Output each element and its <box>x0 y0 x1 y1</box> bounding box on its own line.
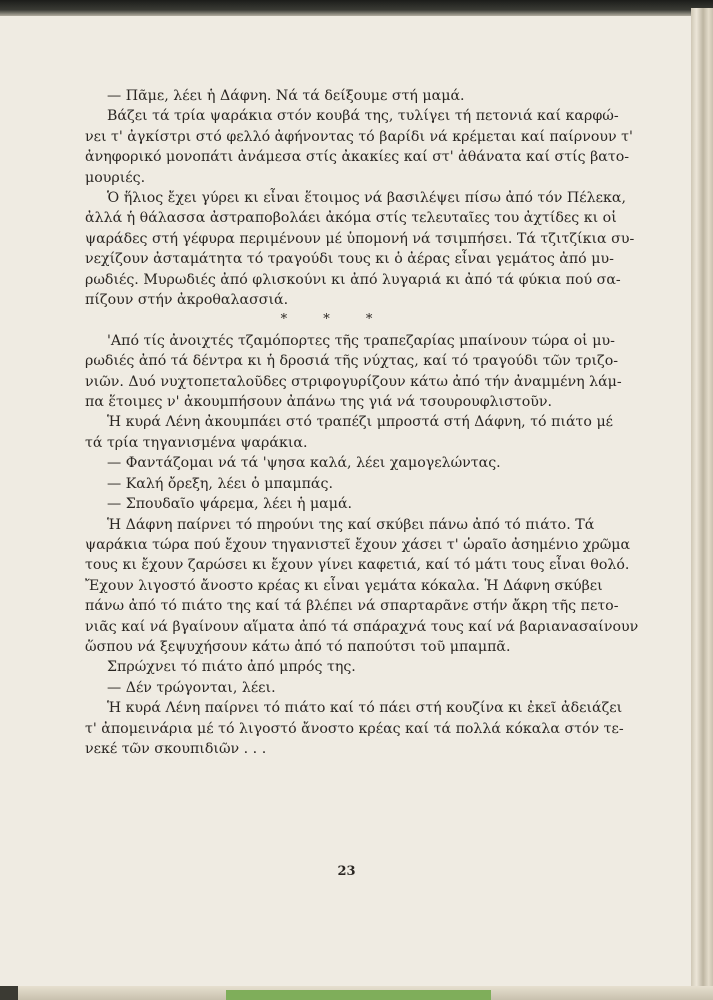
section-separator: * * * <box>85 310 568 330</box>
text-line: ρωδιές ἀπό τά δέντρα κι ἡ δροσιά τῆς νύχ… <box>85 351 568 371</box>
body-text: — Πᾶμε, λέει ἡ Δάφνη. Νά τά δείξουμε στή… <box>85 86 568 759</box>
text-line: ὥσπου νά ξεψυχήσουν κάτω ἀπό τό παπούτσι… <box>85 637 568 657</box>
text-line: ἀλλά ἡ θάλασσα ἀστραποβολάει ἀκόμα στίς … <box>85 208 568 228</box>
text-line: ψαράδες στή γέφυρα περιμένουν μέ ὑπομονή… <box>85 229 568 249</box>
page-number: 23 <box>0 864 693 879</box>
text-line: Ἔχουν λιγοστό ἄνοστο κρέας κι εἶναι γεμά… <box>85 576 568 596</box>
text-line: — Πᾶμε, λέει ἡ Δάφνη. Νά τά δείξουμε στή… <box>85 86 568 106</box>
text-line: τ' ἀπομεινάρια μέ τό λιγοστό ἄνοστο κρέα… <box>85 719 568 739</box>
text-line: νιᾶς καί νά βγαίνουν αἵματα ἀπό τά σπάρα… <box>85 617 568 637</box>
scan-bottom-green-strip <box>226 990 491 1000</box>
text-line: Ἡ κυρά Λένη ἀκουμπάει στό τραπέζι μπροστ… <box>85 412 568 432</box>
text-line: 'Από τίς ἀνοιχτές τζαμόπορτες τῆς τραπεζ… <box>85 331 568 351</box>
text-line: πάνω ἀπό τό πιάτο της καί τά βλέπει νά σ… <box>85 596 568 616</box>
text-line: Σπρώχνει τό πιάτο ἀπό μπρός της. <box>85 657 568 677</box>
text-line: — Σπουδαῖο ψάρεμα, λέει ἡ μαμά. <box>85 494 568 514</box>
book-page: — Πᾶμε, λέει ἡ Δάφνη. Νά τά δείξουμε στή… <box>0 16 693 988</box>
text-line: νεκέ τῶν σκουπιδιῶν . . . <box>85 739 568 759</box>
text-line: νιῶν. Δυό νυχτοπεταλοῦδες στριφογυρίζουν… <box>85 372 568 392</box>
text-line: πίζουν στήν ἀκροθαλασσιά. <box>85 290 568 310</box>
text-line: ρωδιές. Μυρωδιές ἀπό φλισκούνι κι ἀπό λυ… <box>85 270 568 290</box>
text-line: ψαράκια τώρα πού ἔχουν τηγανιστεῖ ἔχουν … <box>85 535 568 555</box>
text-line: Ἡ κυρά Λένη παίρνει τό πιάτο καί τό πάει… <box>85 698 568 718</box>
scan-bottom-corner <box>0 986 18 1000</box>
text-line: ἀνηφορικό μονοπάτι ἀνάμεσα στίς ἀκακίες … <box>85 147 568 167</box>
text-line: — Φαντάζομαι νά τά 'ψησα καλά, λέει χαμο… <box>85 453 568 473</box>
book-binding-edge <box>691 8 713 1000</box>
text-line: νεχίζουν ἀσταμάτητα τό τραγούδι τους κι … <box>85 249 568 269</box>
text-line: — Καλή ὄρεξη, λέει ὁ μπαμπάς. <box>85 474 568 494</box>
text-line: τους κι ἔχουν ζαρώσει κι ἔχουν γίνει καφ… <box>85 555 568 575</box>
text-line: τά τρία τηγανισμένα ψαράκια. <box>85 433 568 453</box>
text-line: πα ἕτοιμες ν' ἀκουμπήσουν ἀπάνω της γιά … <box>85 392 568 412</box>
text-line: νει τ' ἀγκίστρι στό φελλό ἀφήνοντας τό β… <box>85 127 568 147</box>
text-line: Ἡ Δάφνη παίρνει τό πηρούνι της καί σκύβε… <box>85 515 568 535</box>
text-line: Ὁ ἥλιος ἔχει γύρει κι εἶναι ἕτοιμος νά β… <box>85 188 568 208</box>
text-line: Βάζει τά τρία ψαράκια στόν κουβά της, τυ… <box>85 106 568 126</box>
text-line: μουριές. <box>85 168 568 188</box>
text-line: — Δέν τρώγονται, λέει. <box>85 678 568 698</box>
